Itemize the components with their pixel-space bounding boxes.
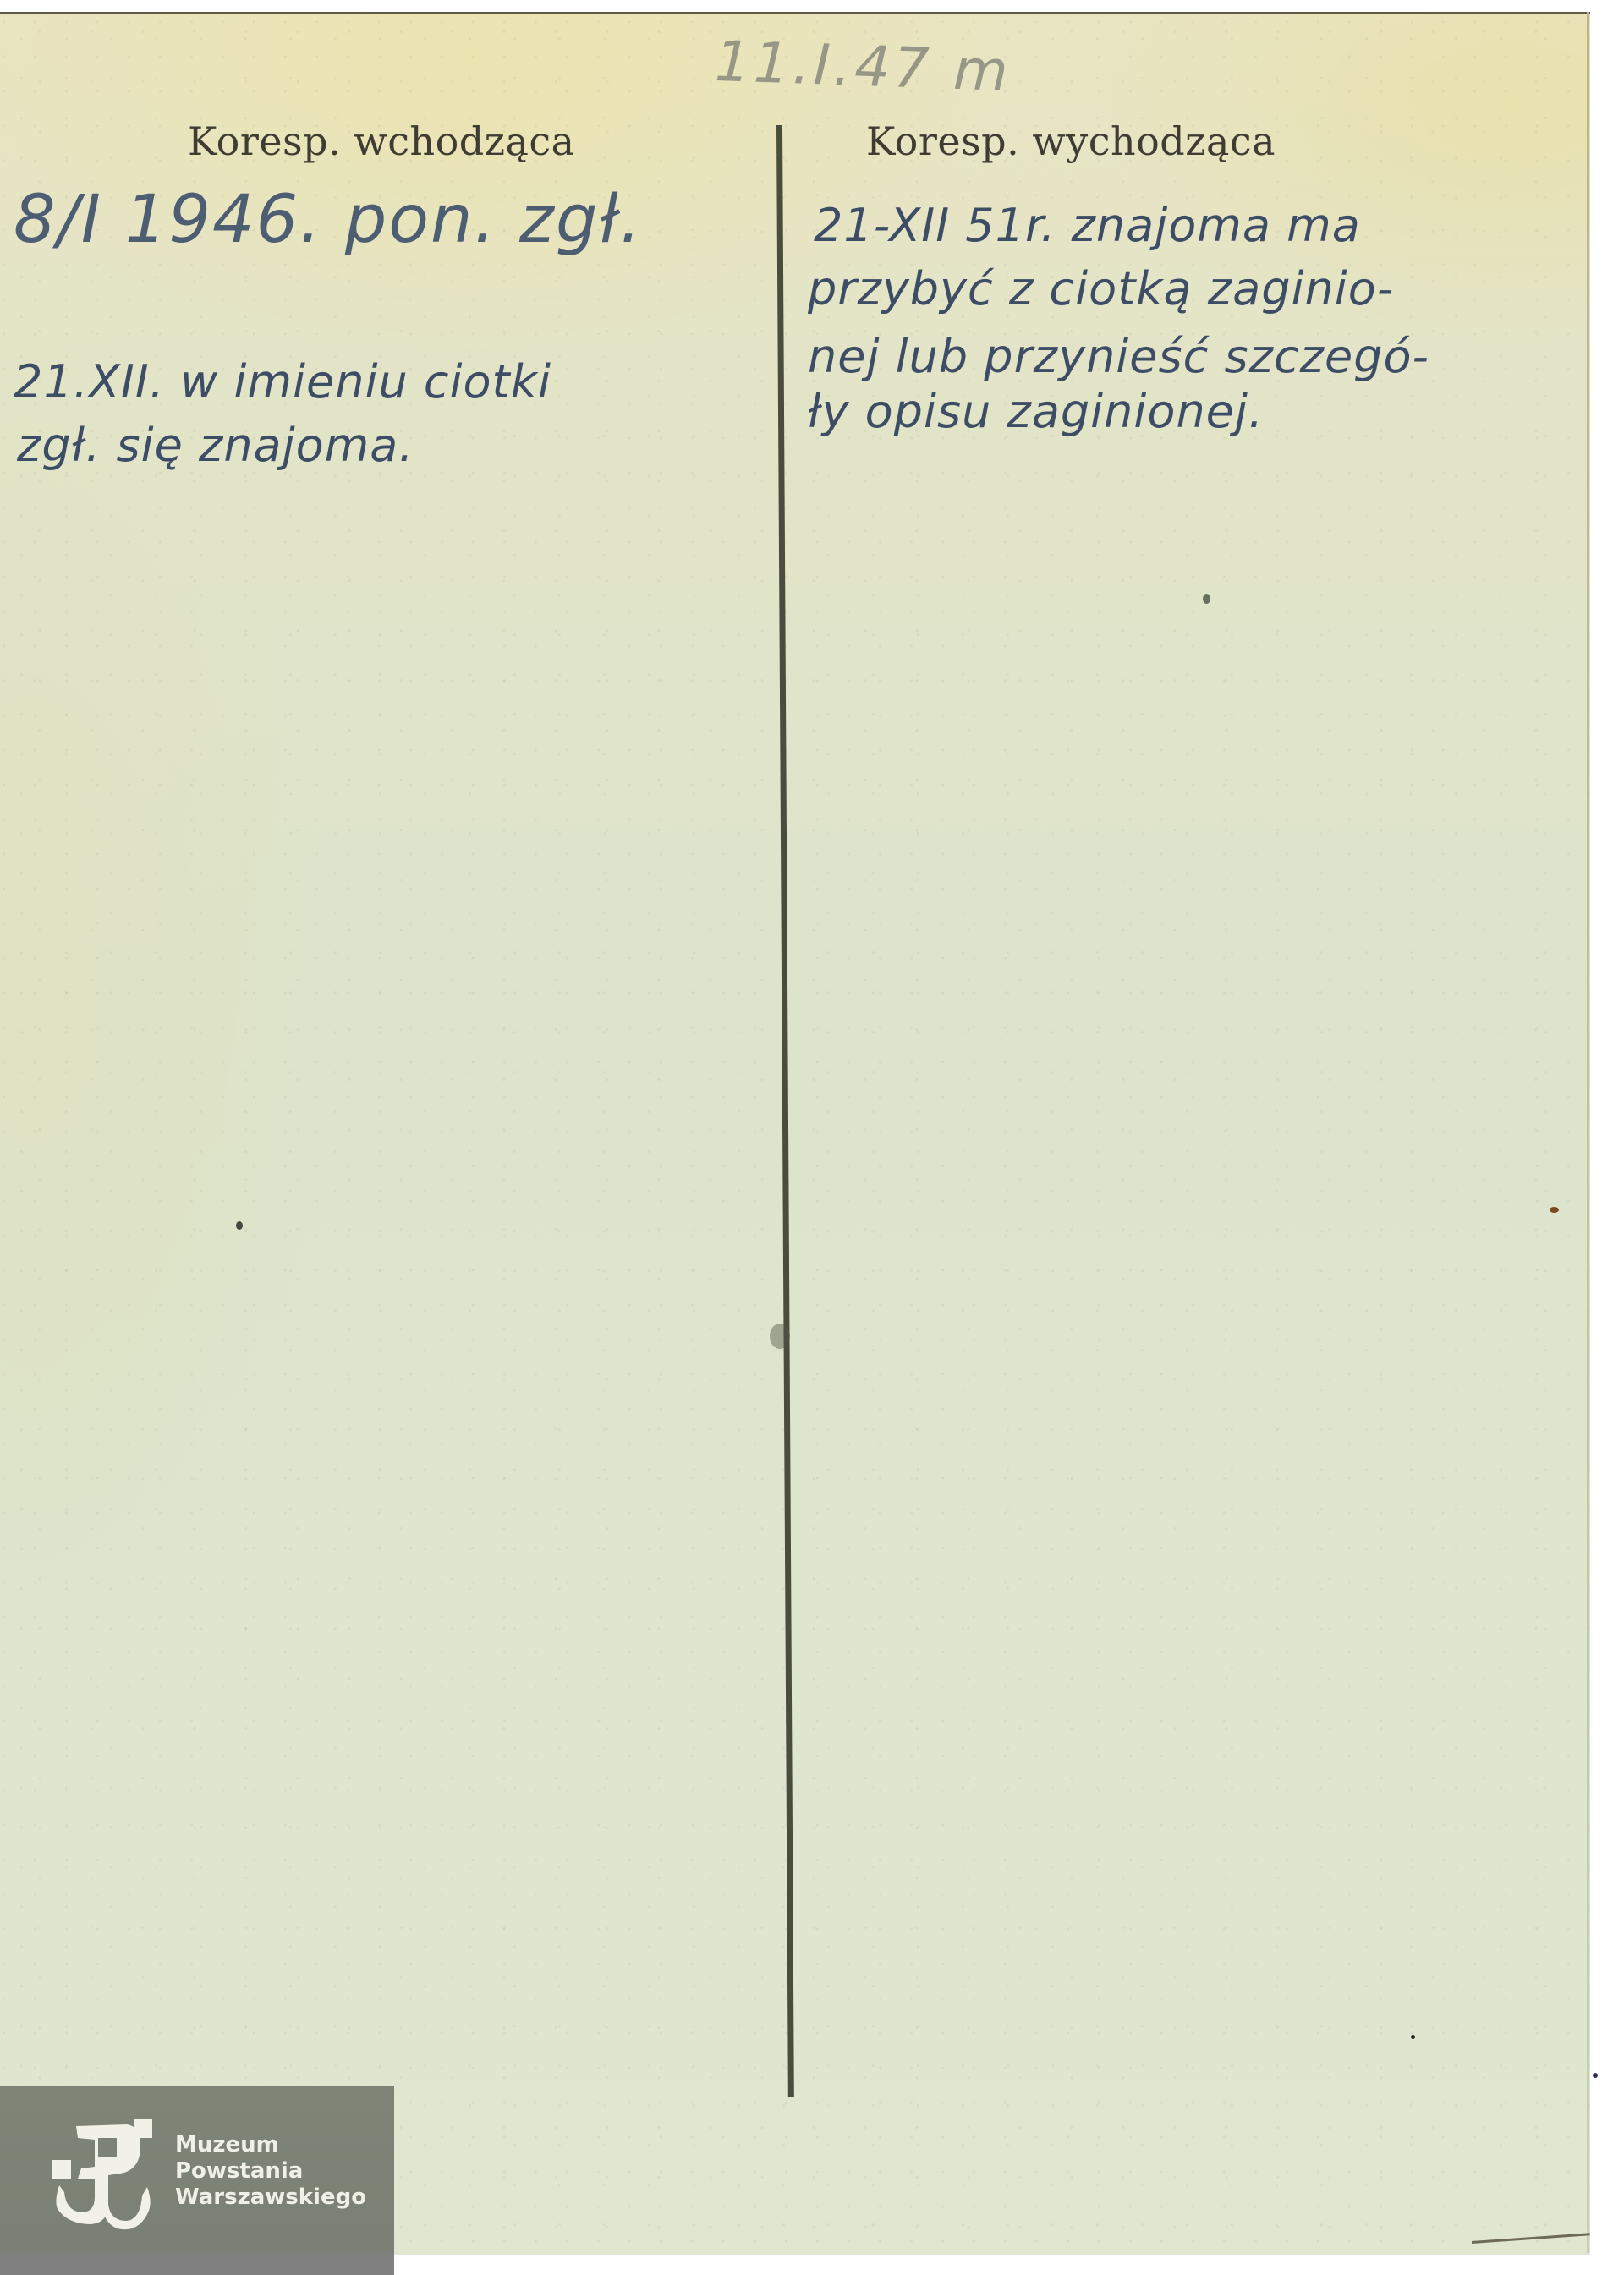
museum-name-line: Warszawskiego	[175, 2185, 366, 2211]
outgoing-entry-line: ły opisu zaginionej.	[808, 385, 1264, 438]
paper-speck	[1411, 2035, 1415, 2039]
outgoing-entry-line: 21-XII 51r. znajoma ma	[814, 199, 1361, 252]
outgoing-entry-line: przybyć z ciotką zaginio-	[808, 262, 1394, 315]
museum-name-line: Muzeum	[175, 2132, 366, 2158]
outgoing-correspondence-header: Koresp. wychodząca	[866, 118, 1276, 164]
museum-name-line: Powstania	[175, 2158, 366, 2185]
paper-speck	[236, 1221, 243, 1230]
incoming-entry-line: 21.XII. w imieniu ciotki	[14, 355, 551, 408]
divider-smudge	[770, 1324, 790, 1349]
paper-right-edge	[1587, 12, 1589, 2253]
pencil-date-annotation: 11.I.47 m	[714, 29, 1012, 104]
paper-speck	[1203, 594, 1210, 604]
museum-name: Muzeum Powstania Warszawskiego	[175, 2132, 366, 2211]
incoming-entry-date-note: 8/I 1946. pon. zgł.	[14, 182, 643, 258]
paper-speck	[1550, 1207, 1559, 1213]
museum-watermark: Muzeum Powstania Warszawskiego	[0, 2086, 394, 2275]
paper-speck	[1593, 2073, 1598, 2078]
kotwica-anchor-icon	[52, 2119, 152, 2231]
incoming-correspondence-header: Koresp. wchodząca	[188, 118, 575, 164]
incoming-entry-line: zgł. się znajoma.	[17, 419, 414, 472]
outgoing-entry-line: nej lub przynieść szczegó-	[808, 330, 1429, 383]
